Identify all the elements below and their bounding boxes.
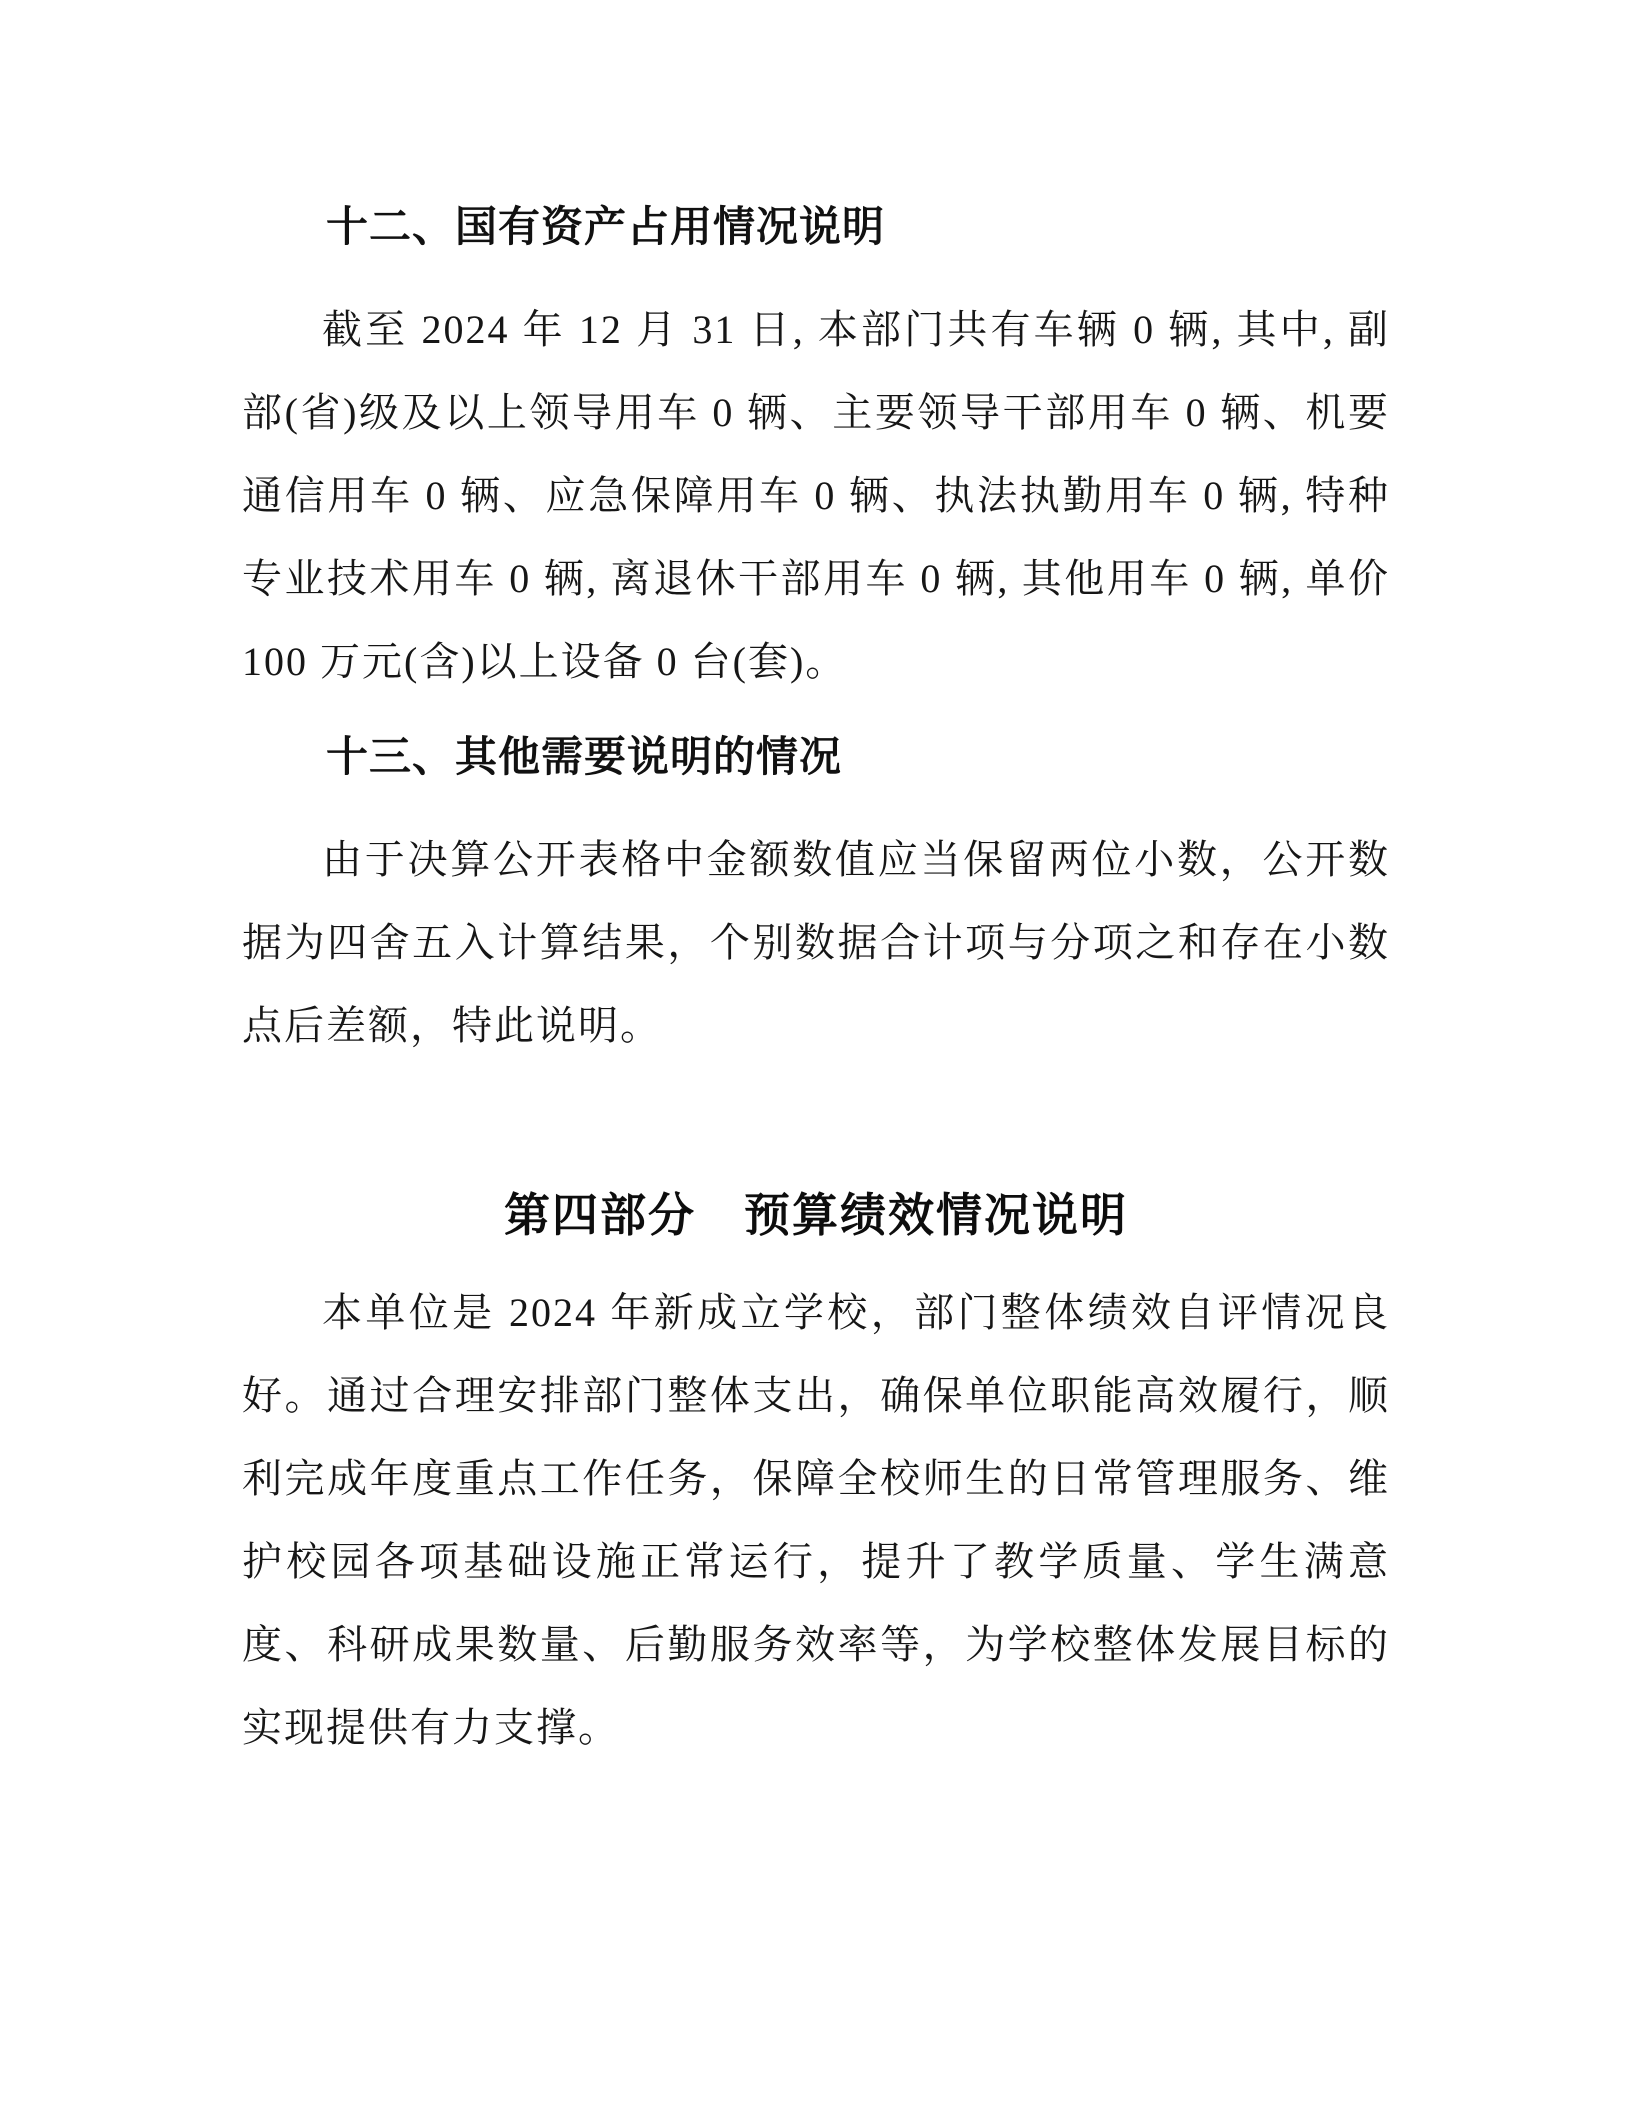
section-12-heading: 十二、国有资产占用情况说明 (242, 185, 1390, 268)
part-4-heading: 第四部分 预算绩效情况说明 (242, 1174, 1390, 1257)
document-page: 十二、国有资产占用情况说明 截至 2024 年 12 月 31 日, 本部门共有… (0, 0, 1632, 2112)
part-4-paragraph: 本单位是 2024 年新成立学校，部门整体绩效自评情况良好。通过合理安排部门整体… (242, 1271, 1390, 1769)
section-12-paragraph: 截至 2024 年 12 月 31 日, 本部门共有车辆 0 辆, 其中, 副部… (242, 288, 1390, 703)
section-state-assets: 十二、国有资产占用情况说明 截至 2024 年 12 月 31 日, 本部门共有… (242, 185, 1390, 703)
section-part-4: 第四部分 预算绩效情况说明 本单位是 2024 年新成立学校，部门整体绩效自评情… (242, 1174, 1390, 1769)
section-other-notes: 十三、其他需要说明的情况 由于决算公开表格中金额数值应当保留两位小数，公开数据为… (242, 715, 1390, 1067)
section-13-heading: 十三、其他需要说明的情况 (242, 715, 1390, 798)
section-13-paragraph: 由于决算公开表格中金额数值应当保留两位小数，公开数据为四舍五入计算结果，个别数据… (242, 818, 1390, 1067)
